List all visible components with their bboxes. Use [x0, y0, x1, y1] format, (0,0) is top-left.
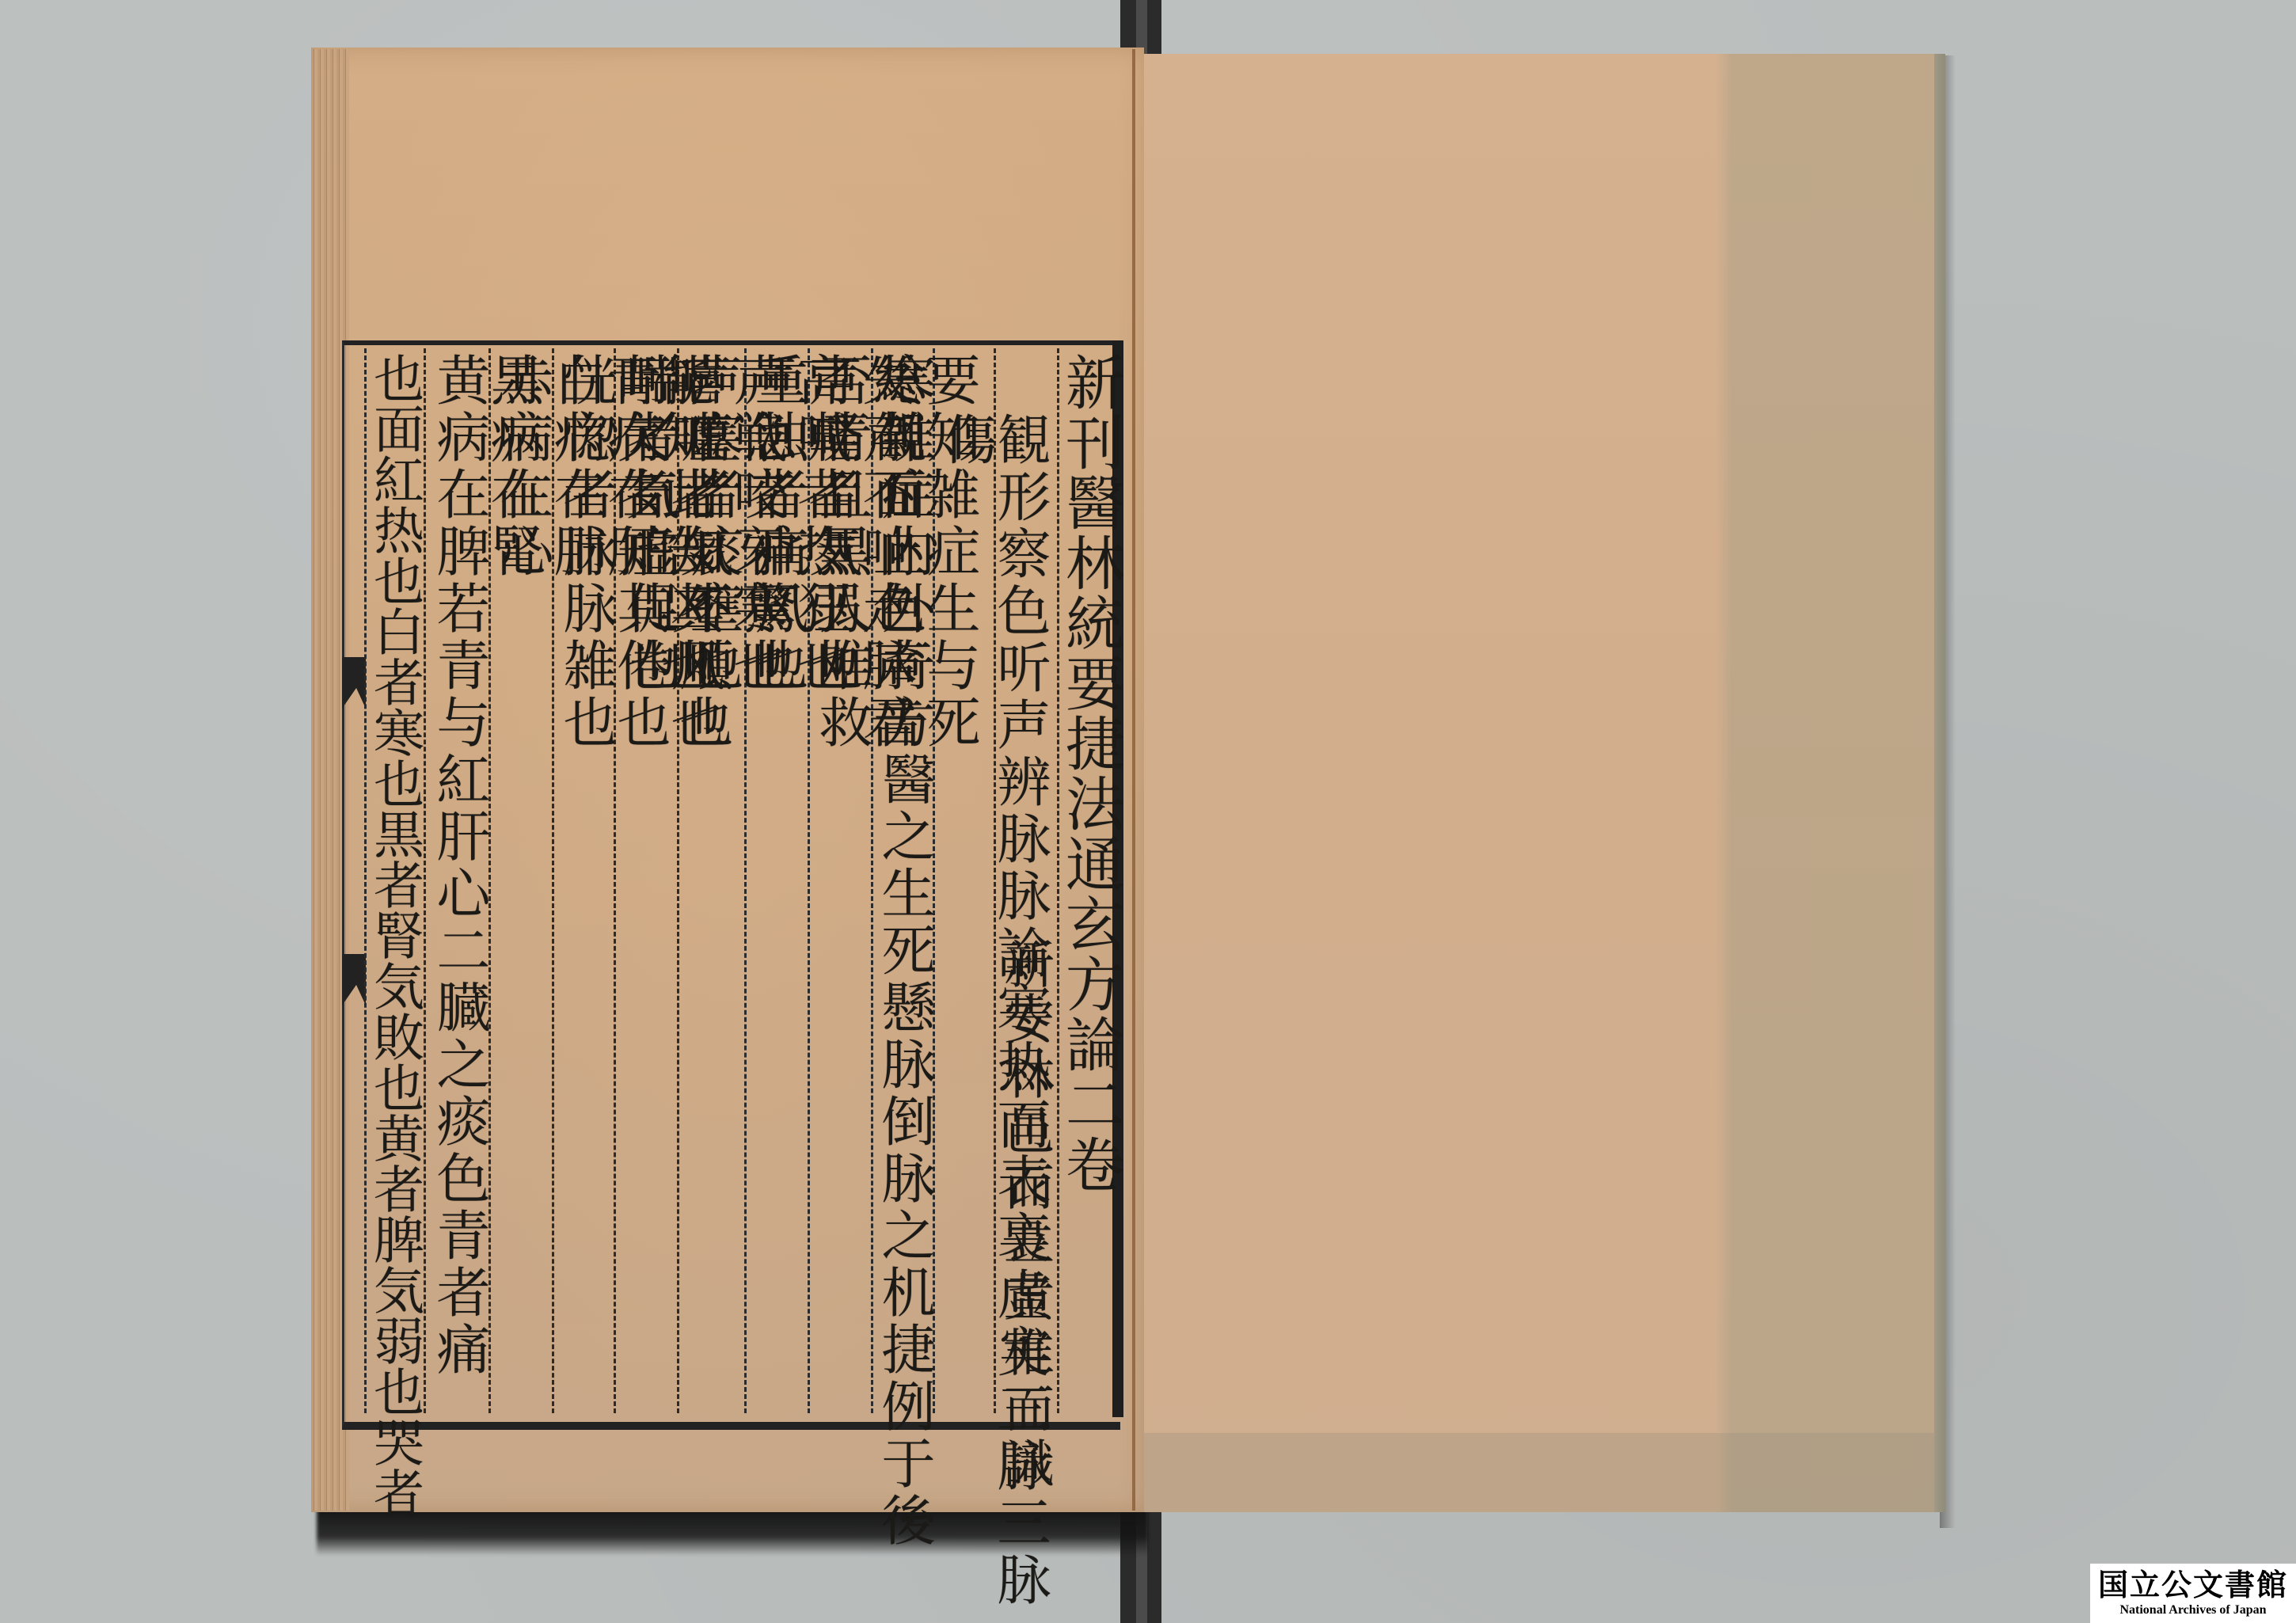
- text-column-10: 也面紅热也白者寒也黒者腎気敗也黄者脾気弱也哭者: [369, 352, 420, 1518]
- archive-watermark-logo: 国立公文書館 National Archives of Japan: [2090, 1564, 2296, 1623]
- column-rule: [424, 348, 426, 1413]
- text-column-9: 黒病在腎 黄病在脾若青与紅肝心二臓之痰色青者痛: [431, 352, 539, 1378]
- right-page: [1140, 54, 1940, 1512]
- right-page-bottom-inset: [1140, 1433, 1940, 1512]
- logo-japanese-text: 国立公文書館: [2098, 1570, 2288, 1600]
- logo-english-text: National Archives of Japan: [2119, 1603, 2266, 1617]
- book-title: 新刊醫林統要捷法通玄方論二卷: [1061, 352, 1119, 1195]
- fold-crease: [1132, 49, 1135, 1511]
- right-page-edge: [1934, 54, 1945, 1512]
